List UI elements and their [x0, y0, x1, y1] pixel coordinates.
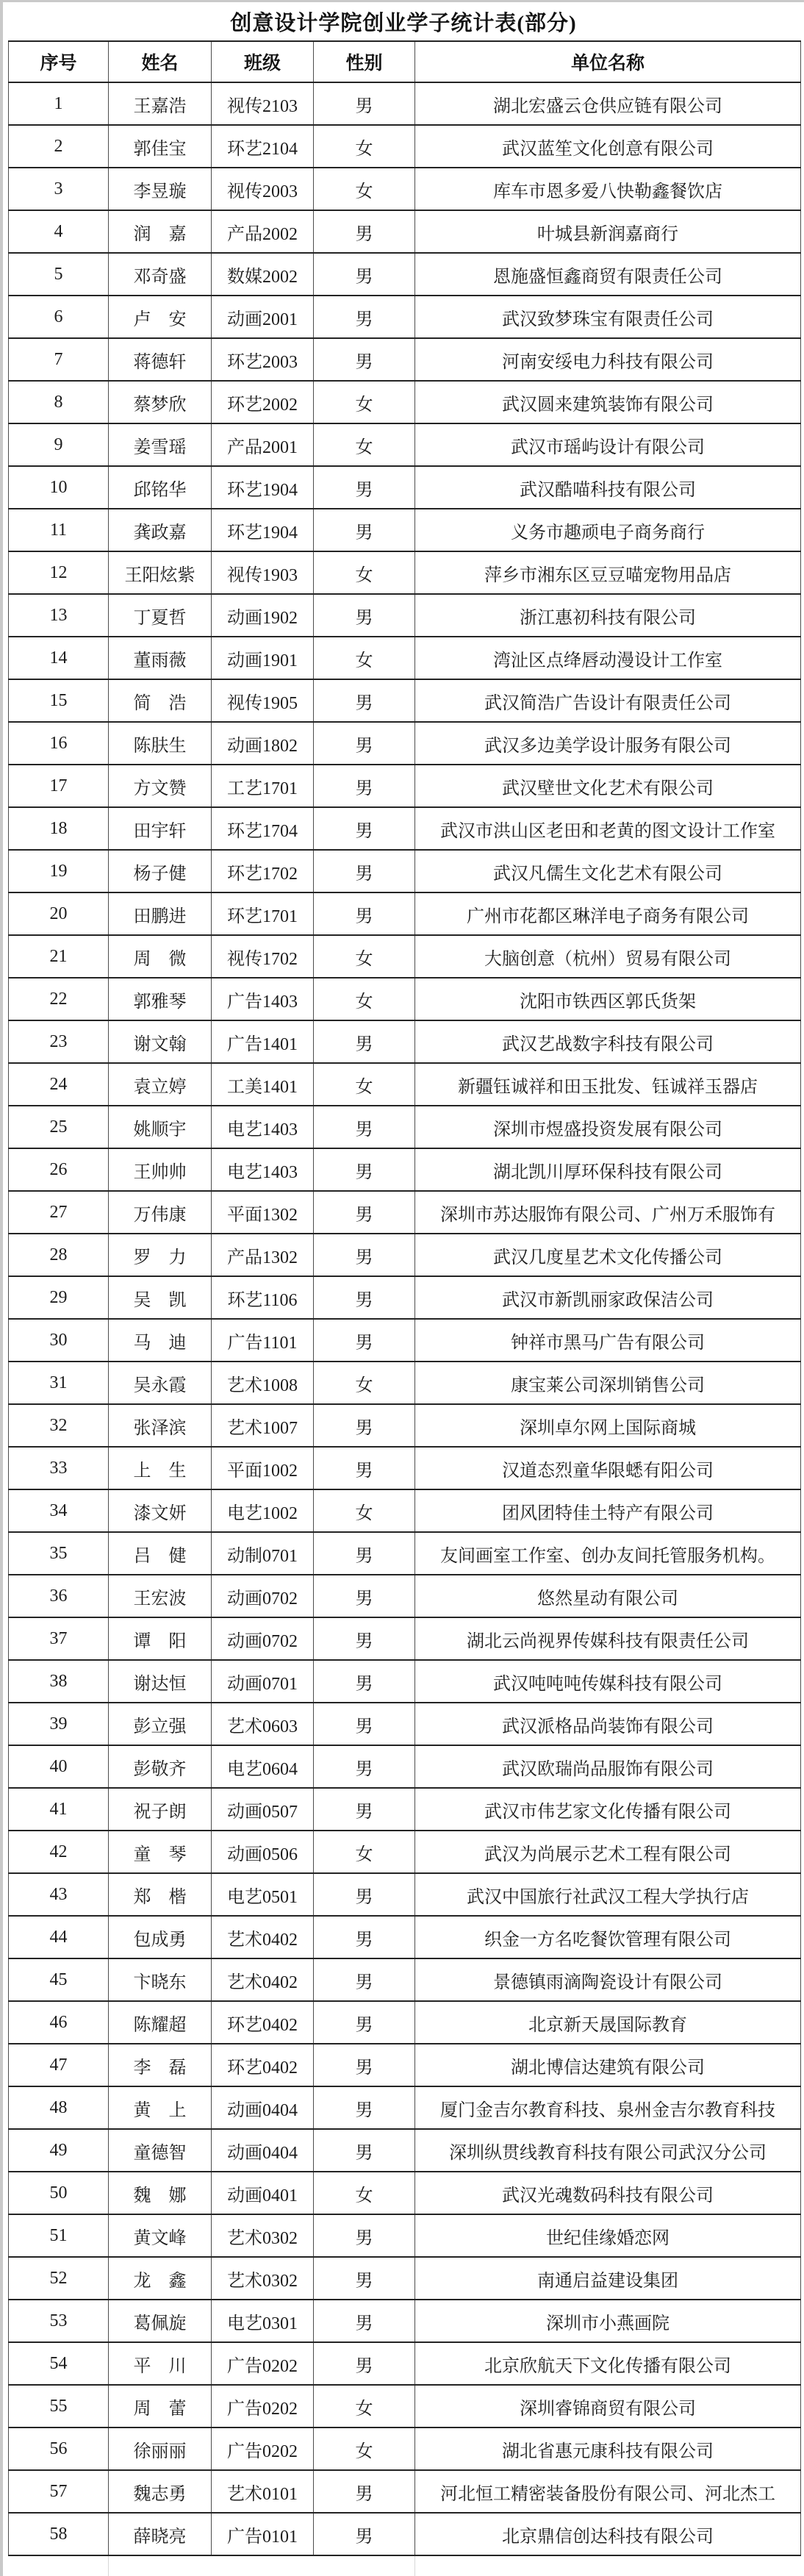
cell-company: 武汉蓝笙文化创意有限公司: [415, 125, 801, 168]
cell-name: 吕 健: [109, 1532, 212, 1575]
cell-company: 武汉致梦珠宝有限责任公司: [415, 296, 801, 338]
cell-class: 艺术1008: [212, 1362, 314, 1404]
cell-class: 广告0202: [212, 2427, 314, 2470]
cell-name: 龚政嘉: [109, 509, 212, 551]
cell-company: 友间画室工作室、创办友间托管服务机构。: [415, 1532, 801, 1575]
cell-gender: 男: [314, 2044, 415, 2086]
cell-name: 王嘉浩: [109, 82, 212, 125]
header-cell-class: 班级: [212, 41, 314, 82]
cell-class: 平面1002: [212, 1447, 314, 1489]
table-row: 35 吕 健 动制0701 男 友间画室工作室、创办友间托管服务机构。: [9, 1532, 801, 1575]
cell-class: 环艺1904: [212, 509, 314, 551]
cell-class: 动画1901: [212, 637, 314, 679]
table-row: 14 董雨薇 动画1901 女 湾沚区点绛唇动漫设计工作室: [9, 637, 801, 679]
cell-index: 17: [9, 765, 109, 807]
cell-index: 41: [9, 1788, 109, 1831]
cell-company: 广州市花都区琳洋电子商务有限公司: [415, 892, 801, 935]
cell-gender: 男: [314, 2257, 415, 2300]
table-row: 16 陈肤生 动画1802 男 武汉多边美学设计服务有限公司: [9, 722, 801, 765]
cell-gender: 男: [314, 2129, 415, 2172]
cell-gender: 男: [314, 1020, 415, 1063]
cell-class: 环艺0402: [212, 2001, 314, 2044]
cell-name: 邱铭华: [109, 466, 212, 509]
cell-index: 33: [9, 1447, 109, 1489]
cell-company: 武汉派格品尚装饰有限公司: [415, 1703, 801, 1745]
cell-company: 沈阳市铁西区郭氏货架: [415, 978, 801, 1020]
cell-name: 龙 鑫: [109, 2257, 212, 2300]
table-row: 2 郭佳宝 环艺2104 女 武汉蓝笙文化创意有限公司: [9, 125, 801, 168]
cell-name: 谭 阳: [109, 1617, 212, 1660]
page-title: 创意设计学院创业学子统计表(部分): [230, 7, 576, 37]
cell-class: 广告1403: [212, 978, 314, 1020]
cell-name: 郭雅琴: [109, 978, 212, 1020]
page: { "title": "创意设计学院创业学子统计表(部分)", "table":…: [0, 0, 804, 2576]
cell-company: 叶城县新润嘉商行: [415, 210, 801, 253]
cell-company: 库车市恩多爱八快勒鑫餐饮店: [415, 168, 801, 210]
cell-index: 57: [9, 2470, 109, 2513]
table-row: 20 田鹏进 环艺1701 男 广州市花都区琳洋电子商务有限公司: [9, 892, 801, 935]
cell-name: 上 生: [109, 1447, 212, 1489]
cell-company: 深圳纵贯线教育科技有限公司武汉分公司: [415, 2129, 801, 2172]
cell-company: 武汉凡儒生文化艺术有限公司: [415, 850, 801, 892]
cell-index: 42: [9, 1831, 109, 1873]
cell-company: 萍乡市湘东区豆豆喵宠物用品店: [415, 551, 801, 594]
cell-gender: 男: [314, 765, 415, 807]
table-row: 17 方文赞 工艺1701 男 武汉壁世文化艺术有限公司: [9, 765, 801, 807]
cell-gender: 男: [314, 1148, 415, 1191]
cell-company: 深圳市苏达服饰有限公司、广州万禾服饰有: [415, 1191, 801, 1234]
cell-class: 电艺1403: [212, 1106, 314, 1148]
cell-class: 动画0702: [212, 1617, 314, 1660]
table-row: 34 漆文妍 电艺1002 女 团风团特佳土特产有限公司: [9, 1489, 801, 1532]
cell-gender: 男: [314, 2086, 415, 2129]
cell-gender: 男: [314, 1617, 415, 1660]
header-cell-company: 单位名称: [415, 41, 801, 82]
cell-class: 动画1802: [212, 722, 314, 765]
cell-name: 魏志勇: [109, 2470, 212, 2513]
cell-gender: 男: [314, 2470, 415, 2513]
cell-gender: 男: [314, 1788, 415, 1831]
cell-class: 动画0401: [212, 2172, 314, 2214]
cell-company: 南通启益建设集团: [415, 2257, 801, 2300]
table-row: 44 包成勇 艺术0402 男 织金一方名吃餐饮管理有限公司: [9, 1916, 801, 1958]
table-row: 52 龙 鑫 艺术0302 男 南通启益建设集团: [9, 2257, 801, 2300]
cell-company: 湖北博信达建筑有限公司: [415, 2044, 801, 2086]
cell-class: 电艺1403: [212, 1148, 314, 1191]
cell-index: 38: [9, 1660, 109, 1703]
cell-class: 视传2003: [212, 168, 314, 210]
cell-class: 环艺1704: [212, 807, 314, 850]
cell-class: 环艺2003: [212, 338, 314, 381]
cell-index: 4: [9, 210, 109, 253]
cell-class: 平面1302: [212, 1191, 314, 1234]
cell-gender: 女: [314, 2385, 415, 2427]
cell-name: 郑 楷: [109, 1873, 212, 1916]
cell-name: 童 琴: [109, 1831, 212, 1873]
cell-gender: 男: [314, 807, 415, 850]
cell-company: 大脑创意（杭州）贸易有限公司: [415, 935, 801, 978]
cell-class: 环艺2104: [212, 125, 314, 168]
cell-class: 数媒2002: [212, 253, 314, 296]
cell-company: 武汉欧瑞尚品服饰有限公司: [415, 1745, 801, 1788]
cell-class: 动画1902: [212, 594, 314, 637]
table-row: 58 薛晓亮 广告0101 男 北京鼎信创达科技有限公司: [9, 2513, 801, 2555]
cell-class: 动画0701: [212, 1660, 314, 1703]
cell-name: 袁立婷: [109, 1063, 212, 1106]
cell-company: 武汉几度星艺术文化传播公司: [415, 1234, 801, 1276]
cell-company: 义务市趣顽电子商务商行: [415, 509, 801, 551]
cell-class: 环艺1702: [212, 850, 314, 892]
table-row: 50 魏 娜 动画0401 女 武汉光魂数码科技有限公司: [9, 2172, 801, 2214]
cell-class: 动制0701: [212, 1532, 314, 1575]
cell-gender: 女: [314, 551, 415, 594]
cell-class: 工艺1701: [212, 765, 314, 807]
cell-class: 环艺2002: [212, 381, 314, 423]
cell-name: 王阳炫紫: [109, 551, 212, 594]
cell-name: 平 川: [109, 2342, 212, 2385]
cell-class: 广告1101: [212, 1319, 314, 1362]
table-row: 37 谭 阳 动画0702 男 湖北云尚视界传媒科技有限责任公司: [9, 1617, 801, 1660]
cell-name: 杨子健: [109, 850, 212, 892]
cell-company: 厦门金吉尔教育科技、泉州金吉尔教育科技: [415, 2086, 801, 2129]
cell-name: 简 浩: [109, 679, 212, 722]
cell-name: 董雨薇: [109, 637, 212, 679]
cell-index: 51: [9, 2214, 109, 2257]
cell-class: 电艺0604: [212, 1745, 314, 1788]
cell-name: 蒋德轩: [109, 338, 212, 381]
cell-index: 6: [9, 296, 109, 338]
cell-index: 35: [9, 1532, 109, 1575]
cell-index: 50: [9, 2172, 109, 2214]
cell-name: 黄 上: [109, 2086, 212, 2129]
cell-class: 动画0404: [212, 2086, 314, 2129]
cell-name: 魏 娜: [109, 2172, 212, 2214]
cell-class: 艺术0302: [212, 2214, 314, 2257]
cell-company: 湖北凯川厚环保科技有限公司: [415, 1148, 801, 1191]
cell-index: 53: [9, 2300, 109, 2342]
cell-class: 环艺1106: [212, 1276, 314, 1319]
cell-gender: 男: [314, 338, 415, 381]
cell-company: 北京新天晟国际教育: [415, 2001, 801, 2044]
cell-company: 湖北云尚视界传媒科技有限责任公司: [415, 1617, 801, 1660]
cell-company: 钟祥市黑马广告有限公司: [415, 1319, 801, 1362]
cell-class: 动画0404: [212, 2129, 314, 2172]
cell-index: 5: [9, 253, 109, 296]
table-row: 7 蒋德轩 环艺2003 男 河南安绥电力科技有限公司: [9, 338, 801, 381]
header-cell-name: 姓名: [109, 41, 212, 82]
cell-gender: 男: [314, 2001, 415, 2044]
cell-index: 55: [9, 2385, 109, 2427]
grid-line: [108, 2556, 109, 2576]
table-row: 8 蔡梦欣 环艺2002 女 武汉圆来建筑装饰有限公司: [9, 381, 801, 423]
cell-company: 武汉吨吨吨传媒科技有限公司: [415, 1660, 801, 1703]
cell-gender: 男: [314, 253, 415, 296]
cell-name: 包成勇: [109, 1916, 212, 1958]
table-row: 32 张泽滨 艺术1007 男 深圳卓尔网上国际商城: [9, 1404, 801, 1447]
cell-class: 电艺0301: [212, 2300, 314, 2342]
table-row: 49 童德智 动画0404 男 深圳纵贯线教育科技有限公司武汉分公司: [9, 2129, 801, 2172]
cell-class: 动画2001: [212, 296, 314, 338]
table-row: 3 李昱璇 视传2003 女 库车市恩多爱八快勒鑫餐饮店: [9, 168, 801, 210]
cell-name: 李 磊: [109, 2044, 212, 2086]
table-row: 48 黄 上 动画0404 男 厦门金吉尔教育科技、泉州金吉尔教育科技: [9, 2086, 801, 2129]
table-row: 11 龚政嘉 环艺1904 男 义务市趣顽电子商务商行: [9, 509, 801, 551]
cell-index: 27: [9, 1191, 109, 1234]
table-row: 9 姜雪瑶 产品2001 女 武汉市瑶屿设计有限公司: [9, 423, 801, 466]
table-row: 56 徐丽丽 广告0202 女 湖北省惠元康科技有限公司: [9, 2427, 801, 2470]
table-row: 10 邱铭华 环艺1904 男 武汉酷喵科技有限公司: [9, 466, 801, 509]
cell-class: 艺术0302: [212, 2257, 314, 2300]
cell-gender: 男: [314, 2300, 415, 2342]
cell-class: 产品2001: [212, 423, 314, 466]
cell-company: 湾沚区点绛唇动漫设计工作室: [415, 637, 801, 679]
cell-gender: 男: [314, 892, 415, 935]
cell-class: 动画0507: [212, 1788, 314, 1831]
cell-gender: 男: [314, 2342, 415, 2385]
cell-name: 田鹏进: [109, 892, 212, 935]
cell-gender: 女: [314, 1489, 415, 1532]
cell-name: 李昱璇: [109, 168, 212, 210]
cell-gender: 女: [314, 1831, 415, 1873]
table-row: 26 王帅帅 电艺1403 男 湖北凯川厚环保科技有限公司: [9, 1148, 801, 1191]
cell-name: 彭立强: [109, 1703, 212, 1745]
cell-class: 视传1903: [212, 551, 314, 594]
cell-name: 张泽滨: [109, 1404, 212, 1447]
cell-index: 46: [9, 2001, 109, 2044]
cell-company: 河南安绥电力科技有限公司: [415, 338, 801, 381]
document-page: 创意设计学院创业学子统计表(部分) 序号 姓名 班级 性别 单位名称 1 王嘉浩…: [3, 2, 804, 2576]
table-row: 19 杨子健 环艺1702 男 武汉凡儒生文化艺术有限公司: [9, 850, 801, 892]
cell-class: 广告1401: [212, 1020, 314, 1063]
cell-name: 周 蕾: [109, 2385, 212, 2427]
cell-gender: 女: [314, 168, 415, 210]
cell-name: 姚顺宇: [109, 1106, 212, 1148]
cell-index: 23: [9, 1020, 109, 1063]
cell-gender: 女: [314, 423, 415, 466]
cell-company: 武汉圆来建筑装饰有限公司: [415, 381, 801, 423]
cell-company: 武汉酷喵科技有限公司: [415, 466, 801, 509]
cell-gender: 男: [314, 1404, 415, 1447]
cell-name: 卞晓东: [109, 1958, 212, 2001]
cell-name: 徐丽丽: [109, 2427, 212, 2470]
cell-company: 武汉多边美学设计服务有限公司: [415, 722, 801, 765]
cell-company: 深圳市煜盛投资发展有限公司: [415, 1106, 801, 1148]
cell-class: 艺术0402: [212, 1916, 314, 1958]
cell-name: 王帅帅: [109, 1148, 212, 1191]
cell-class: 动画0506: [212, 1831, 314, 1873]
cell-gender: 女: [314, 978, 415, 1020]
partial-next-row: [8, 2556, 800, 2576]
cell-gender: 男: [314, 2214, 415, 2257]
cell-gender: 女: [314, 637, 415, 679]
table-row: 4 润 嘉 产品2002 男 叶城县新润嘉商行: [9, 210, 801, 253]
cell-gender: 男: [314, 1660, 415, 1703]
cell-company: 康宝莱公司深圳销售公司: [415, 1362, 801, 1404]
cell-index: 36: [9, 1575, 109, 1617]
cell-name: 黄文峰: [109, 2214, 212, 2257]
table-row: 13 丁夏哲 动画1902 男 浙江惠初科技有限公司: [9, 594, 801, 637]
cell-gender: 女: [314, 1063, 415, 1106]
cell-index: 19: [9, 850, 109, 892]
cell-company: 景德镇雨滴陶瓷设计有限公司: [415, 1958, 801, 2001]
cell-gender: 男: [314, 1191, 415, 1234]
cell-index: 8: [9, 381, 109, 423]
cell-company: 恩施盛恒鑫商贸有限责任公司: [415, 253, 801, 296]
table-row: 18 田宇轩 环艺1704 男 武汉市洪山区老田和老黄的图文设计工作室: [9, 807, 801, 850]
table-row: 46 陈耀超 环艺0402 男 北京新天晟国际教育: [9, 2001, 801, 2044]
cell-gender: 女: [314, 381, 415, 423]
cell-index: 56: [9, 2427, 109, 2470]
cell-name: 罗 力: [109, 1234, 212, 1276]
cell-index: 7: [9, 338, 109, 381]
cell-company: 武汉壁世文化艺术有限公司: [415, 765, 801, 807]
cell-gender: 男: [314, 1916, 415, 1958]
table-row: 15 简 浩 视传1905 男 武汉简浩广告设计有限责任公司: [9, 679, 801, 722]
cell-index: 14: [9, 637, 109, 679]
cell-class: 艺术0402: [212, 1958, 314, 2001]
cell-index: 48: [9, 2086, 109, 2129]
cell-class: 电艺0501: [212, 1873, 314, 1916]
cell-name: 漆文妍: [109, 1489, 212, 1532]
cell-name: 润 嘉: [109, 210, 212, 253]
cell-name: 彭敬齐: [109, 1745, 212, 1788]
cell-index: 2: [9, 125, 109, 168]
cell-index: 20: [9, 892, 109, 935]
cell-gender: 男: [314, 850, 415, 892]
cell-company: 深圳市小燕画院: [415, 2300, 801, 2342]
table-row: 45 卞晓东 艺术0402 男 景德镇雨滴陶瓷设计有限公司: [9, 1958, 801, 2001]
cell-name: 谢达恒: [109, 1660, 212, 1703]
cell-index: 21: [9, 935, 109, 978]
table-row: 22 郭雅琴 广告1403 女 沈阳市铁西区郭氏货架: [9, 978, 801, 1020]
cell-company: 武汉中国旅行社武汉工程大学执行店: [415, 1873, 801, 1916]
grid-line: [414, 2556, 415, 2576]
table-row: 31 吴永霞 艺术1008 女 康宝莱公司深圳销售公司: [9, 1362, 801, 1404]
title-bar: 创意设计学院创业学子统计表(部分): [3, 2, 804, 40]
cell-index: 10: [9, 466, 109, 509]
cell-company: 武汉光魂数码科技有限公司: [415, 2172, 801, 2214]
cell-index: 9: [9, 423, 109, 466]
cell-gender: 男: [314, 2513, 415, 2555]
cell-index: 16: [9, 722, 109, 765]
cell-gender: 男: [314, 466, 415, 509]
cell-index: 58: [9, 2513, 109, 2555]
cell-gender: 男: [314, 1745, 415, 1788]
cell-gender: 男: [314, 1234, 415, 1276]
students-table: 序号 姓名 班级 性别 单位名称 1 王嘉浩 视传2103 男 湖北宏盛云仓供应…: [8, 40, 801, 2556]
cell-company: 汉道态烈童华限蟋有阳公司: [415, 1447, 801, 1489]
cell-gender: 男: [314, 509, 415, 551]
cell-name: 王宏波: [109, 1575, 212, 1617]
cell-gender: 女: [314, 2427, 415, 2470]
cell-index: 52: [9, 2257, 109, 2300]
cell-name: 田宇轩: [109, 807, 212, 850]
cell-company: 浙江惠初科技有限公司: [415, 594, 801, 637]
table-row: 5 邓奇盛 数媒2002 男 恩施盛恒鑫商贸有限责任公司: [9, 253, 801, 296]
cell-gender: 男: [314, 1532, 415, 1575]
cell-gender: 男: [314, 1873, 415, 1916]
cell-index: 11: [9, 509, 109, 551]
cell-index: 39: [9, 1703, 109, 1745]
cell-class: 环艺0402: [212, 2044, 314, 2086]
cell-name: 卢 安: [109, 296, 212, 338]
cell-class: 视传2103: [212, 82, 314, 125]
cell-company: 武汉为尚展示艺术工程有限公司: [415, 1831, 801, 1873]
cell-gender: 男: [314, 1958, 415, 2001]
table-row: 12 王阳炫紫 视传1903 女 萍乡市湘东区豆豆喵宠物用品店: [9, 551, 801, 594]
cell-class: 产品2002: [212, 210, 314, 253]
table-row: 6 卢 安 动画2001 男 武汉致梦珠宝有限责任公司: [9, 296, 801, 338]
cell-index: 1: [9, 82, 109, 125]
table-row: 54 平 川 广告0202 男 北京欣航天下文化传播有限公司: [9, 2342, 801, 2385]
cell-company: 北京欣航天下文化传播有限公司: [415, 2342, 801, 2385]
cell-index: 3: [9, 168, 109, 210]
cell-index: 18: [9, 807, 109, 850]
table-row: 41 祝子朗 动画0507 男 武汉市伟艺家文化传播有限公司: [9, 1788, 801, 1831]
table-header-row: 序号 姓名 班级 性别 单位名称: [9, 41, 801, 82]
cell-company: 武汉市洪山区老田和老黄的图文设计工作室: [415, 807, 801, 850]
cell-gender: 男: [314, 1319, 415, 1362]
table-row: 47 李 磊 环艺0402 男 湖北博信达建筑有限公司: [9, 2044, 801, 2086]
table-row: 39 彭立强 艺术0603 男 武汉派格品尚装饰有限公司: [9, 1703, 801, 1745]
cell-index: 49: [9, 2129, 109, 2172]
cell-name: 陈肤生: [109, 722, 212, 765]
cell-class: 艺术0603: [212, 1703, 314, 1745]
cell-company: 织金一方名吃餐饮管理有限公司: [415, 1916, 801, 1958]
cell-name: 丁夏哲: [109, 594, 212, 637]
table-row: 25 姚顺宇 电艺1403 男 深圳市煜盛投资发展有限公司: [9, 1106, 801, 1148]
cell-company: 悠然星动有限公司: [415, 1575, 801, 1617]
cell-class: 产品1302: [212, 1234, 314, 1276]
cell-class: 艺术0101: [212, 2470, 314, 2513]
table-row: 23 谢文翰 广告1401 男 武汉艺战数字科技有限公司: [9, 1020, 801, 1063]
cell-name: 祝子朗: [109, 1788, 212, 1831]
cell-name: 吴永霞: [109, 1362, 212, 1404]
cell-index: 37: [9, 1617, 109, 1660]
cell-company: 世纪佳缘婚恋网: [415, 2214, 801, 2257]
table-row: 1 王嘉浩 视传2103 男 湖北宏盛云仓供应链有限公司: [9, 82, 801, 125]
table-row: 42 童 琴 动画0506 女 武汉为尚展示艺术工程有限公司: [9, 1831, 801, 1873]
cell-company: 武汉市瑶屿设计有限公司: [415, 423, 801, 466]
cell-gender: 男: [314, 594, 415, 637]
cell-company: 河北恒工精密装备股份有限公司、河北杰工: [415, 2470, 801, 2513]
cell-company: 武汉艺战数字科技有限公司: [415, 1020, 801, 1063]
cell-company: 团风团特佳土特产有限公司: [415, 1489, 801, 1532]
cell-index: 54: [9, 2342, 109, 2385]
table-row: 57 魏志勇 艺术0101 男 河北恒工精密装备股份有限公司、河北杰工: [9, 2470, 801, 2513]
table-row: 21 周 微 视传1702 女 大脑创意（杭州）贸易有限公司: [9, 935, 801, 978]
cell-class: 工美1401: [212, 1063, 314, 1106]
cell-name: 谢文翰: [109, 1020, 212, 1063]
cell-class: 艺术1007: [212, 1404, 314, 1447]
cell-gender: 女: [314, 125, 415, 168]
table-row: 40 彭敬齐 电艺0604 男 武汉欧瑞尚品服饰有限公司: [9, 1745, 801, 1788]
table-row: 43 郑 楷 电艺0501 男 武汉中国旅行社武汉工程大学执行店: [9, 1873, 801, 1916]
cell-class: 视传1905: [212, 679, 314, 722]
cell-index: 32: [9, 1404, 109, 1447]
cell-class: 环艺1701: [212, 892, 314, 935]
cell-name: 邓奇盛: [109, 253, 212, 296]
cell-name: 童德智: [109, 2129, 212, 2172]
cell-index: 43: [9, 1873, 109, 1916]
cell-index: 13: [9, 594, 109, 637]
cell-company: 深圳卓尔网上国际商城: [415, 1404, 801, 1447]
cell-index: 29: [9, 1276, 109, 1319]
cell-index: 34: [9, 1489, 109, 1532]
cell-index: 47: [9, 2044, 109, 2086]
cell-gender: 女: [314, 2172, 415, 2214]
cell-gender: 男: [314, 1575, 415, 1617]
